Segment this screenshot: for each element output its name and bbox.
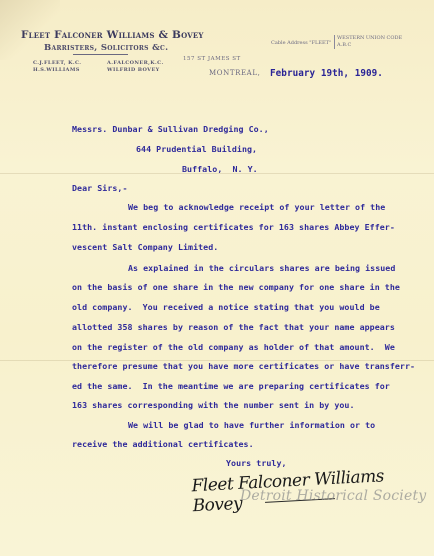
letter-date: February 19th, 1909. — [270, 68, 383, 79]
partner-name: H.S.WILLIAMS — [33, 67, 80, 73]
body-line: allotted 358 shares by reason of the fac… — [72, 322, 395, 332]
recipient-address-line1: 644 Prudential Building, — [136, 144, 257, 154]
letterhead-firm-name: Fleet Falconer Williams & Bovey — [21, 29, 204, 41]
body-line: old company. You received a notice stati… — [72, 302, 380, 312]
letterhead-street-address: 157 ST JAMES ST — [183, 56, 241, 62]
body-line: therefore presume that you have more cer… — [72, 361, 415, 371]
watermark: Detroit Historical Society — [240, 488, 426, 504]
partner-name: C.J.FLEET, K.C. — [33, 60, 81, 66]
body-line: receive the additional certificates. — [72, 439, 254, 449]
body-line: We will be glad to have further informat… — [128, 420, 375, 430]
body-line: 163 shares corresponding with the number… — [72, 400, 355, 410]
body-line: vescent Salt Company Limited. — [72, 242, 218, 252]
body-line: We beg to acknowledge receipt of your le… — [128, 202, 385, 212]
letterhead-rule — [73, 54, 128, 55]
body-line: As explained in the circulars shares are… — [128, 263, 395, 273]
code-line: A.B.C — [337, 42, 402, 49]
recipient-name: Messrs. Dunbar & Sullivan Dredging Co., — [72, 124, 269, 134]
code-line: WESTERN UNION CODE — [337, 35, 402, 42]
recipient-address-line2: Buffalo, N. Y. — [182, 164, 258, 174]
body-line: on the register of the old company as ho… — [72, 342, 395, 352]
letter-page: Fleet Falconer Williams & Bovey Barriste… — [0, 0, 434, 556]
letterhead-cable-address: Cable Address "FLEET" — [271, 40, 331, 46]
letterhead-city: MONTREAL, — [209, 69, 260, 77]
body-line: 11th. instant enclosing certificates for… — [72, 222, 395, 232]
letterhead-codes: WESTERN UNION CODE A.B.C — [334, 35, 402, 49]
partner-name: A.FALCONER,K.C. — [107, 60, 164, 66]
body-line: on the basis of one share in the new com… — [72, 282, 400, 292]
partner-name: WILFRID BOVEY — [107, 67, 160, 73]
closing: Yours truly, — [226, 458, 287, 468]
body-line: ed the same. In the meantime we are prep… — [72, 381, 390, 391]
salutation: Dear Sirs,- — [72, 183, 128, 193]
letterhead-subtitle: Barristers, Solicitors &c. — [44, 43, 168, 53]
